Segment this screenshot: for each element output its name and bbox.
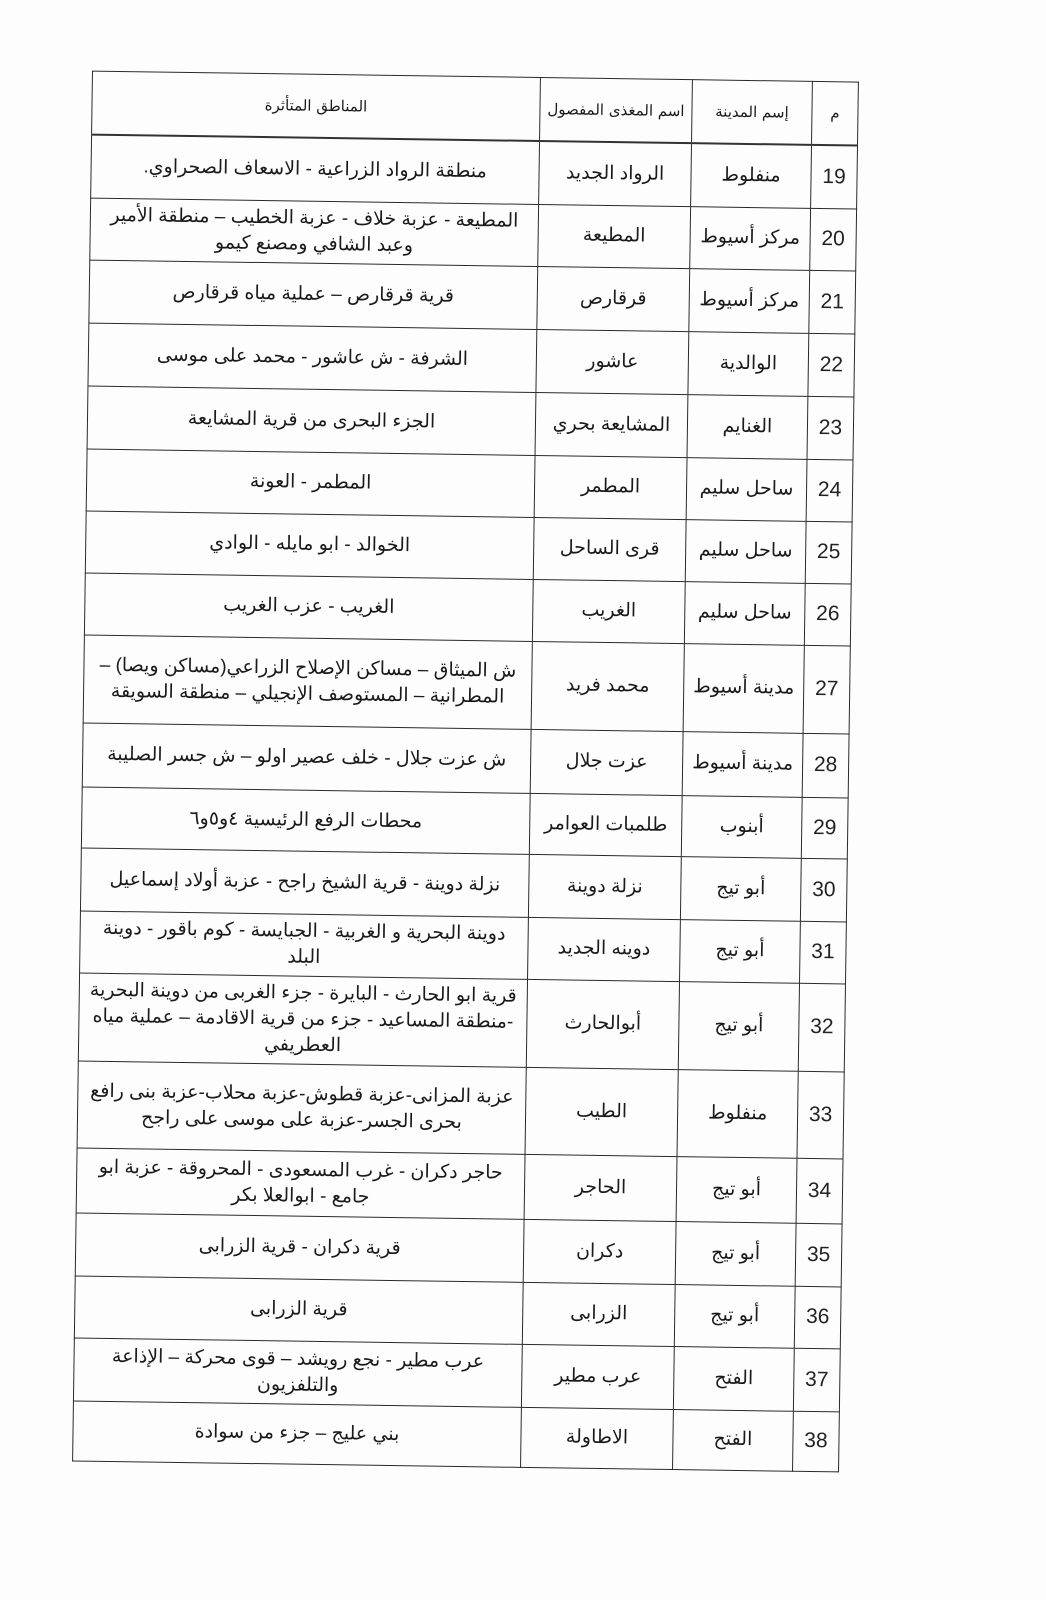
row-city: أبو تيج — [674, 1284, 795, 1348]
row-number: 37 — [793, 1348, 840, 1412]
row-number: 26 — [804, 583, 851, 646]
header-feeder: اسم المغذى المفصول — [540, 78, 693, 144]
row-city: أبو تيج — [676, 1156, 797, 1223]
row-number: 24 — [806, 459, 853, 522]
row-city: مركز أسيوط — [689, 268, 810, 333]
table-row: 26ساحل سليمالغريبالغريب - عزب الغريب — [84, 573, 851, 646]
table-row: 35أبو تيجدكرانقرية دكران - قرية الزرابى — [75, 1212, 842, 1286]
row-city: الفتح — [673, 1409, 794, 1471]
row-feeder: عرب مطير — [521, 1344, 674, 1409]
row-areas: الجزء البحرى من قرية المشايعة — [87, 386, 536, 455]
row-number: 25 — [805, 521, 852, 584]
row-areas: قرية الزرابى — [74, 1275, 523, 1343]
row-city: الفتح — [673, 1346, 794, 1411]
row-city: أبو تيج — [678, 981, 799, 1071]
header-number: م — [811, 81, 858, 145]
table-row: 36أبو تيجالزرابىقرية الزرابى — [74, 1275, 841, 1348]
row-feeder: دوينه الجديد — [528, 917, 681, 981]
row-feeder: الغريب — [532, 579, 685, 643]
row-feeder: الحاجر — [524, 1154, 677, 1221]
row-areas: الغريب - عزب الغريب — [84, 573, 533, 641]
table-row: 33منفلوطالطيبعزبة المزانى-عزبة قطوش-عزبة… — [77, 1060, 844, 1158]
table-row: 21مركز أسيوطقرقارصقرية قرقارص – عملية مي… — [89, 260, 856, 334]
row-feeder: المشايعة بحري — [535, 392, 688, 457]
row-city: ساحل سليم — [686, 457, 807, 521]
table-row: 28مدينة أسيوطعزت جلالش عزت جلال - خلف عص… — [82, 723, 849, 798]
row-feeder: الاطاولة — [521, 1407, 674, 1469]
row-feeder: قرقارص — [537, 266, 690, 331]
row-feeder: عاشور — [536, 329, 689, 394]
row-feeder: نزلة دوينة — [528, 854, 681, 919]
row-feeder: الزرابى — [522, 1282, 675, 1346]
row-areas: حاجر دكران - غرب المسعودى - المحروقة - ع… — [76, 1147, 525, 1218]
row-number: 21 — [809, 270, 856, 334]
row-number: 34 — [796, 1158, 843, 1224]
row-areas: ش عزت جلال - خلف عصير اولو – ش جسر الصلي… — [82, 723, 531, 793]
row-feeder: طلمبات العوامر — [529, 793, 682, 856]
row-areas: محطات الرفع الرئيسية ٤و٥و٦ — [81, 787, 530, 854]
row-feeder: عزت جلال — [530, 729, 683, 795]
row-city: ساحل سليم — [685, 519, 806, 583]
table-row: 31أبو تيجدوينه الجديددوينة البحرية و الغ… — [80, 911, 847, 984]
row-city: مدينة أسيوط — [683, 643, 804, 733]
table-body: 19منفلوطالرواد الجديدمنطقة الرواد الزراع… — [73, 135, 858, 1472]
row-number: 30 — [800, 858, 847, 922]
row-areas: عرب مطير - نجع رويشد – قوى محركة – الإذا… — [73, 1337, 522, 1406]
row-city: الغنايم — [687, 394, 808, 459]
row-number: 22 — [808, 333, 855, 397]
row-number: 32 — [798, 983, 845, 1072]
row-city: أبنوب — [681, 795, 802, 858]
row-areas: بني عليج – جزء من سوادة — [73, 1400, 522, 1466]
table-row: 19منفلوطالرواد الجديدمنطقة الرواد الزراع… — [91, 135, 858, 209]
row-city: مدينة أسيوط — [682, 731, 803, 797]
row-areas: الخوالد - ابو مايله - الوادي — [85, 511, 534, 579]
row-areas: دوينة البحرية و الغربية - الجبايسة - كوم… — [80, 911, 529, 979]
row-feeder: الرواد الجديد — [539, 141, 692, 206]
row-areas: المطمر - العونة — [86, 449, 535, 517]
table-row: 27مدينة أسيوطمحمد فريدش الميثاق – مساكن … — [83, 635, 850, 734]
row-city: منفلوط — [691, 143, 812, 208]
row-feeder: المطيعة — [538, 204, 691, 268]
row-areas: عزبة المزانى-عزبة قطوش-عزبة محلاب-عزبة ب… — [77, 1060, 526, 1153]
outage-table: م إسم المدينة اسم المغذى المفصول المناطق… — [72, 71, 859, 1472]
row-number: 38 — [793, 1411, 840, 1472]
row-number: 20 — [810, 208, 857, 271]
header-city: إسم المدينة — [692, 80, 813, 145]
table-row: 30أبو تيجنزلة دوينةنزلة دوينة - قرية الش… — [80, 848, 847, 922]
row-feeder: محمد فريد — [531, 641, 684, 731]
row-number: 31 — [800, 921, 847, 984]
row-number: 23 — [807, 396, 854, 460]
table-header-row: م إسم المدينة اسم المغذى المفصول المناطق… — [92, 71, 859, 145]
row-areas: منطقة الرواد الزراعية - الاسعاف الصحراوي… — [91, 135, 540, 204]
row-city: منفلوط — [677, 1069, 798, 1158]
row-areas: نزلة دوينة - قرية الشيخ راجح - عزبة أولا… — [80, 848, 529, 917]
row-feeder: الطيب — [525, 1067, 678, 1156]
row-number: 35 — [795, 1223, 842, 1287]
row-areas: المطيعة - عزبة خلاف - عزبة الخطيب – منطق… — [90, 198, 539, 266]
row-areas: الشرفة - ش عاشور - محمد على موسى — [88, 323, 537, 392]
row-city: الوالدية — [688, 331, 809, 396]
row-number: 33 — [797, 1071, 844, 1159]
table-row: 32أبو تيجأبوالحارثقرية ابو الحارث - البا… — [78, 973, 845, 1072]
table-row: 20مركز أسيوطالمطيعةالمطيعة - عزبة خلاف -… — [90, 198, 857, 271]
table-row: 38الفتحالاطاولةبني عليج – جزء من سوادة — [73, 1400, 840, 1471]
header-areas: المناطق المتأثرة — [92, 71, 541, 141]
row-city: أبو تيج — [680, 919, 801, 983]
table-container: م إسم المدينة اسم المغذى المفصول المناطق… — [72, 71, 858, 1472]
row-number: 36 — [794, 1286, 841, 1349]
table-row: 22الوالديةعاشورالشرفة - ش عاشور - محمد ع… — [88, 323, 855, 397]
row-city: ساحل سليم — [684, 581, 805, 645]
document-page: م إسم المدينة اسم المغذى المفصول المناطق… — [0, 0, 1046, 1600]
row-number: 27 — [803, 645, 850, 734]
table-row: 25ساحل سليمقرى الساحلالخوالد - ابو مايله… — [85, 511, 852, 584]
row-areas: ش الميثاق – مساكن الإصلاح الزراعي(مساكن … — [83, 635, 532, 729]
table-row: 34أبو تيجالحاجرحاجر دكران - غرب المسعودى… — [76, 1147, 843, 1223]
table-row: 37الفتحعرب مطيرعرب مطير - نجع رويشد – قو… — [73, 1337, 840, 1411]
table-row: 29أبنوبطلمبات العوامرمحطات الرفع الرئيسي… — [81, 787, 848, 859]
row-feeder: أبوالحارث — [526, 979, 679, 1069]
row-number: 29 — [801, 797, 848, 859]
row-areas: قرية ابو الحارث - البايرة - جزء الغربى م… — [78, 973, 527, 1067]
table-row: 24ساحل سليمالمطمرالمطمر - العونة — [86, 449, 853, 522]
row-areas: قرية دكران - قرية الزرابى — [75, 1212, 524, 1281]
table-row: 23الغنايمالمشايعة بحريالجزء البحرى من قر… — [87, 386, 854, 460]
row-city: أبو تيج — [675, 1221, 796, 1286]
row-city: أبو تيج — [680, 856, 801, 921]
row-feeder: المطمر — [534, 455, 687, 519]
row-areas: قرية قرقارص – عملية مياه قرقارص — [89, 260, 538, 329]
row-feeder: دكران — [523, 1219, 676, 1284]
row-number: 19 — [811, 145, 858, 209]
row-number: 28 — [802, 733, 849, 798]
row-city: مركز أسيوط — [690, 206, 811, 270]
row-feeder: قرى الساحل — [533, 517, 686, 581]
